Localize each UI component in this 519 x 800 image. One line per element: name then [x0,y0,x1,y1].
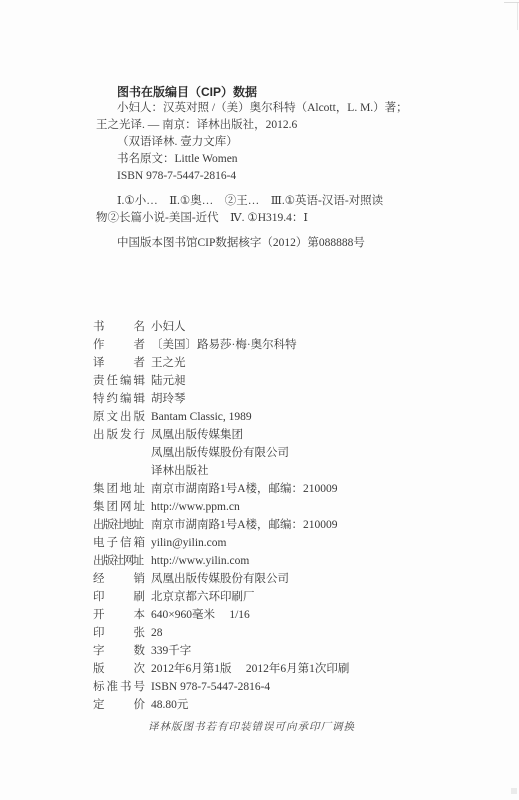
row-value: 339千字 [151,642,191,660]
scan-edge-artifact [511,788,517,794]
row-value: 640×960毫米 1/16 [151,606,250,624]
row-value: 胡玲琴 [151,390,186,408]
row-label: 作者 [93,336,145,354]
colophon-row-format: 开本 640×960毫米 1/16 [93,606,453,624]
row-label: 出版社网址 [93,552,145,570]
row-value: 〔美国〕路易莎·梅·奥尔科特 [151,336,297,354]
row-value: 小妇人 [151,318,186,336]
cip-description-line-1: 小妇人：汉英对照 /（美）奥尔科特（Alcott，L. M.）著； [96,100,441,117]
colophon-row-group-address: 集团地址 南京市湖南路1号A楼，邮编：210009 [93,480,453,498]
cip-isbn: ISBN 978-7-5447-2816-4 [96,168,441,185]
row-label: 特约编辑 [93,390,145,408]
row-value: 2012年6月第1版 2012年6月第1次印刷 [151,660,349,678]
row-label: 责任编辑 [93,372,145,390]
row-value: 凤凰出版传媒集团 凤凰出版传媒股份有限公司 译林出版社 [151,426,289,480]
row-value: 28 [151,624,163,642]
colophon-row-edition: 版次 2012年6月第1版 2012年6月第1次印刷 [93,660,453,678]
row-label: 印刷 [93,588,145,606]
row-label: 译者 [93,354,145,372]
book-copyright-page: 图书在版编目（CIP）数据 小妇人：汉英对照 /（美）奥尔科特（Alcott，L… [0,0,519,800]
row-value: 王之光 [151,354,186,372]
cip-description-line-2: 王之光译. — 南京：译林出版社，2012.6 [96,117,441,134]
cip-classification-line-2: 物②长篇小说-美国-近代 Ⅳ. ①H319.4：Ⅰ [96,210,441,227]
row-label: 开本 [93,606,145,624]
row-label: 原文出版 [93,408,145,426]
row-label: 定价 [93,696,145,714]
colophon-row-printer: 印刷 北京京都六环印刷厂 [93,588,453,606]
row-value: http://www.ppm.cn [151,498,240,516]
colophon-row-publisher: 出版发行 凤凰出版传媒集团 凤凰出版传媒股份有限公司 译林出版社 [93,426,453,480]
row-value: 南京市湖南路1号A楼，邮编：210009 [151,480,338,498]
row-label: 集团网址 [93,498,145,516]
row-label: 字数 [93,642,145,660]
colophon-row-original-publisher: 原文出版 Bantam Classic, 1989 [93,408,453,426]
publisher-line: 凤凰出版传媒集团 [151,426,289,444]
row-label: 出版社地址 [93,516,145,534]
publisher-line: 凤凰出版传媒股份有限公司 [151,444,289,462]
colophon-row-email: 电子信箱 yilin@yilin.com [93,534,453,552]
colophon-row-translator: 译者 王之光 [93,354,453,372]
scan-edge-artifact [517,2,518,30]
row-value: 凤凰出版传媒股份有限公司 [151,570,289,588]
colophon-row-contract-editor: 特约编辑 胡玲琴 [93,390,453,408]
colophon-row-price: 定价 48.80元 [93,696,453,714]
row-label: 标准书号 [93,678,145,696]
row-value: Bantam Classic, 1989 [151,408,252,426]
row-label: 版次 [93,660,145,678]
row-label: 经销 [93,570,145,588]
cip-classification-line-1: Ⅰ.①小… Ⅱ.①奥… ②王… Ⅲ.①英语-汉语-对照读 [96,193,441,210]
colophon-row-standard-isbn: 标准书号 ISBN 978-7-5447-2816-4 [93,678,453,696]
row-value: http://www.yilin.com [151,552,249,570]
colophon-row-book-title: 书名 小妇人 [93,318,453,336]
cip-section: 图书在版编目（CIP）数据 小妇人：汉英对照 /（美）奥尔科特（Alcott，L… [96,84,441,252]
publisher-line: 译林出版社 [151,462,289,480]
colophon-row-group-website: 集团网址 http://www.ppm.cn [93,498,453,516]
colophon-row-printed-sheets: 印张 28 [93,624,453,642]
row-label: 印张 [93,624,145,642]
row-label: 出版发行 [93,426,145,444]
row-value: 北京京都六环印刷厂 [151,588,255,606]
cip-original-title: 书名原文：Little Women [96,151,441,168]
cip-title: 图书在版编目（CIP）数据 [96,84,441,100]
row-value: 48.80元 [151,696,188,714]
colophon-row-distributor: 经销 凤凰出版传媒股份有限公司 [93,570,453,588]
colophon-row-press-website: 出版社网址 http://www.yilin.com [93,552,453,570]
colophon-row-author: 作者 〔美国〕路易莎·梅·奥尔科特 [93,336,453,354]
row-value: 陆元昶 [151,372,186,390]
cip-series-note: （双语译林. 壹力文库） [96,134,441,151]
colophon-row-responsible-editor: 责任编辑 陆元昶 [93,372,453,390]
row-value: 南京市湖南路1号A楼，邮编：210009 [151,516,338,534]
colophon-row-press-address: 出版社地址 南京市湖南路1号A楼，邮编：210009 [93,516,453,534]
cip-record-number: 中国版本图书馆CIP数据核字（2012）第088888号 [96,235,441,252]
row-label: 集团地址 [93,480,145,498]
colophon-row-word-count: 字数 339千字 [93,642,453,660]
row-label: 书名 [93,318,145,336]
row-value: ISBN 978-7-5447-2816-4 [151,678,270,696]
row-label: 电子信箱 [93,534,145,552]
misprint-exchange-note: 译林版图书若有印装错误可向承印厂调换 [148,719,355,734]
colophon-section: 书名 小妇人 作者 〔美国〕路易莎·梅·奥尔科特 译者 王之光 责任编辑 陆元昶… [93,318,453,714]
row-value: yilin@yilin.com [151,534,226,552]
